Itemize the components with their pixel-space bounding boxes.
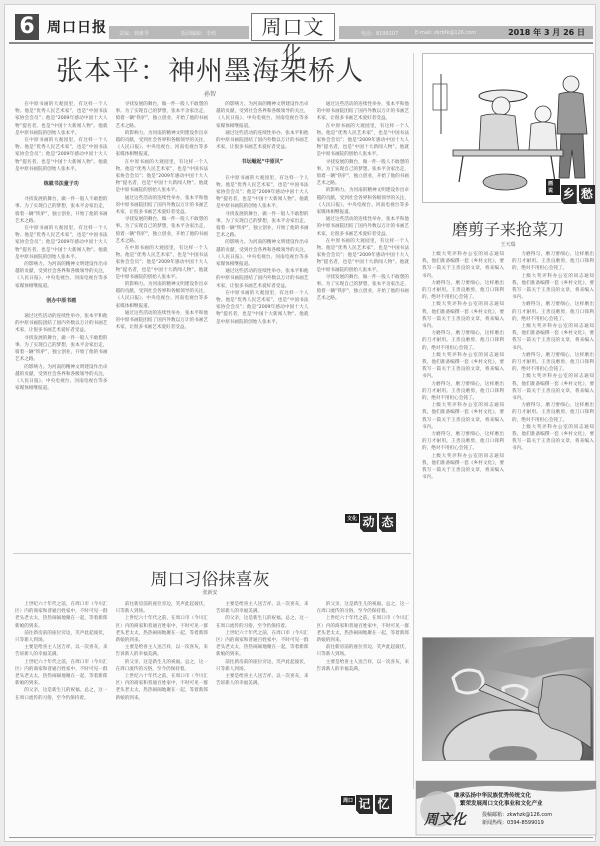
right-article-headline: 磨剪子来抢菜刀 (422, 217, 594, 240)
bottom-article-byline: 张新安 (185, 589, 235, 596)
page-number: 6 (15, 14, 39, 40)
section-divider (13, 553, 411, 554)
newspaper-page: 6 周口日报 责编：韩雅琴 版面编辑：李莉 周口文化 电话：8199107 E-… (4, 4, 596, 842)
right-column: 画说 乡 愁 磨剪子来抢菜刀 王天瑞 上级大奖评科办公室的同志通知我，他们准备编… (413, 53, 597, 789)
email-label: E-mail: zkrbfk@126.com (415, 30, 476, 36)
right-article-column-1: 上级大奖评科办公室的同志通知我，他们准备编撰一套《乡村文化》，要我写一篇关于王善… (422, 251, 504, 631)
main-article-column-4: 通过这些活动的连续性举办，张本平和他的中原书画院团结了国内外数以万计的书画艺术家… (317, 101, 410, 516)
main-article-body: 在中原书画的大观园里，有这样一个人物。他是“优秀人民艺术家”，也是“中国书法家协… (15, 101, 409, 516)
bottom-article-column-2: 前往新房前的座位旁边，笑声此起彼伏，只等新人到场。 上世纪六十年代之前，在周口市… (116, 601, 209, 833)
culture-advertisement: 继承弘扬中华民族优秀传统文化 繁荣发展周口文化事业和文化产业 周文化 投稿邮箱：… (414, 779, 598, 837)
designer-label: 版面编辑：李莉 (181, 30, 216, 37)
main-article-byline: 孙智 (185, 89, 235, 98)
badge-small-label: 画说 (546, 179, 560, 195)
main-article-column-3: 的影响力。为河南的精神文明建设作出卓越的贡献，受到社会各界和各级领导的关注，《人… (216, 101, 309, 516)
subhead-1: 练就书法童子功 (15, 181, 108, 188)
scissors-on-grindstone-icon (423, 638, 594, 761)
nostalgia-badge: 画说 乡 愁 (546, 179, 597, 204)
right-article-byline: 王天瑞 (422, 241, 594, 248)
scissors-grinding-photo (422, 637, 594, 761)
issue-date: 2018 年 3 月 26 日 (508, 27, 585, 38)
masthead-info-bar-right: 电话：8199107 E-mail: zkrbfk@126.com 2018 年… (339, 26, 593, 39)
badge-small-label: 文化 (345, 514, 359, 523)
masthead-rule (9, 42, 593, 44)
subhead-3: 书坛崛起“中原风” (216, 159, 309, 166)
right-article-column-2: 力磨得匀，磨刀要细心，这样磨出的刀才耐用。王善良磨剪，他刀口锋利的，绝对不用担心… (512, 251, 594, 631)
masthead-info-bar-left: 责编：韩雅琴 版面编辑：李莉 (109, 26, 249, 39)
section-title: 周口文化 (251, 13, 335, 41)
bottom-article-headline: 周口习俗抹喜灰 (25, 565, 395, 590)
bottom-article-column-4: 的父亲，这是新生儿的祝福。总之，这一在周口流传的习俗，至今仍保持着。 上世纪六十… (317, 601, 410, 741)
paper-logo: 周口日报 (47, 17, 107, 37)
ad-slogan-2: 繁荣发展周口文化事业和文化产业 (460, 799, 543, 807)
subhead-2: 创办中原书画 (15, 298, 108, 305)
culture-dynamic-badge: 文化 动 态 (345, 513, 398, 532)
ad-hotline: 新闻热线：0394-8599019 (482, 819, 544, 826)
contact-label: 电话：8199107 (361, 30, 398, 37)
main-article-column-2: 寻找发展的舞台，做一件一般人不敢想的事。为了实现自己的梦想，张本平舍家出走，骑着… (116, 101, 209, 516)
main-article-headline: 张本平：神州墨海架桥人 (25, 49, 395, 88)
masthead: 6 周口日报 责编：韩雅琴 版面编辑：李莉 周口文化 电话：8199107 E-… (9, 11, 593, 41)
right-article-body: 上级大奖评科办公室的同志通知我，他们准备编撰一套《乡村文化》，要我写一篇关于王善… (422, 251, 594, 631)
ad-slogan-1: 继承弘扬中华民族优秀传统文化 (454, 791, 531, 799)
ad-email: 投稿邮箱：zkwhzk@126.com (482, 811, 552, 818)
bottom-article-column-3: 主要是给喜主人送吉祥，以一次喜灰，来告诉新人的幸福美满。 的父亲，这是新生儿的祝… (216, 601, 309, 833)
badge-small-label: 周口 (341, 796, 355, 805)
main-article-column-1: 在中原书画的大观园里，有这样一个人物。他是“优秀人民艺术家”，也是“中国书法家协… (15, 101, 108, 516)
bottom-rule (9, 837, 593, 838)
zhoukou-memory-badge: 周口 记 忆 (341, 795, 394, 814)
ad-logo: 周文化 (424, 809, 466, 829)
bottom-article-column-1: 上世纪六十年代之前，在周口市（今川汇区）内的商家和普通百姓家中，不时可见一群老头… (15, 601, 108, 833)
editor-label: 责编：韩雅琴 (119, 30, 149, 37)
